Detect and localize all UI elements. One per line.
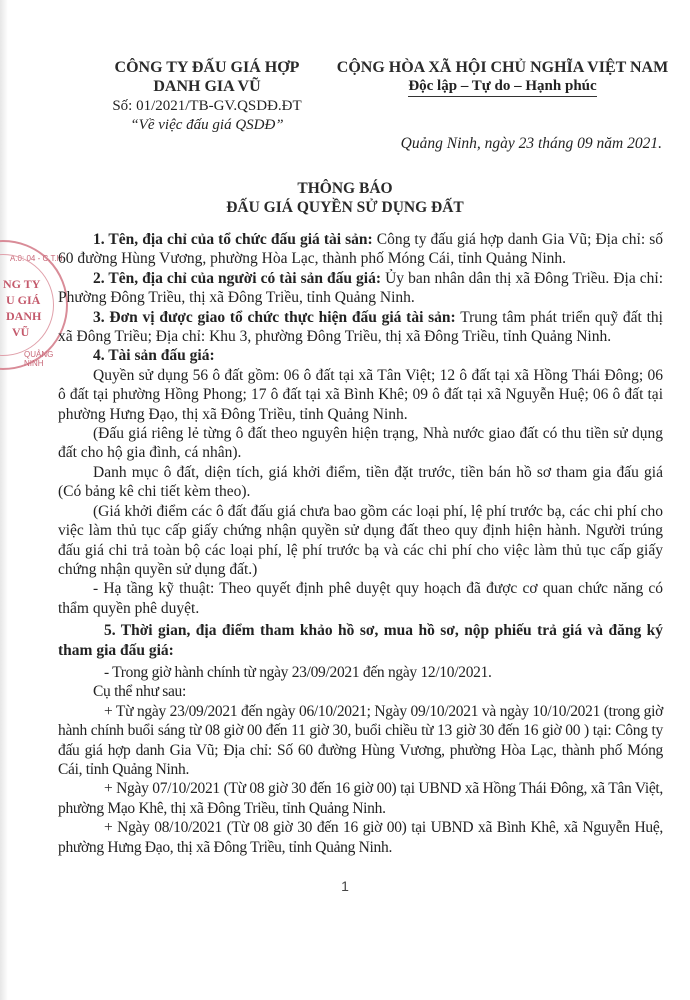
section-4-paragraph-4: (Giá khởi điểm các ô đất đấu giá chưa ba… <box>58 502 663 580</box>
section-5-paragraph-5: + Ngày 08/10/2021 (Từ 08 giờ 30 đến 16 g… <box>58 818 663 857</box>
national-title: CỘNG HÒA XÃ HỘI CHỦ NGHĨA VIỆT NAM <box>330 58 675 77</box>
national-header: CỘNG HÒA XÃ HỘI CHỦ NGHĨA VIỆT NAM Độc l… <box>330 58 675 97</box>
notice-body: 1. Tên, địa chỉ của tổ chức đấu giá tài … <box>58 230 663 857</box>
section-3: 3. Đơn vị được giao tổ chức thực hiện đấ… <box>58 308 663 347</box>
issuer-name-line2: DANH GIA VŨ <box>62 77 352 96</box>
title-line1: THÔNG BÁO <box>0 179 690 198</box>
section-2: 2. Tên, địa chỉ của người có tài sản đấu… <box>58 269 663 308</box>
section-2-label: 2. Tên, địa chỉ của người có tài sản đấu… <box>93 270 381 287</box>
stamp-text-line3: DANH <box>6 308 41 324</box>
section-4-label: 4. Tài sản đấu giá: <box>93 347 215 364</box>
section-1: 1. Tên, địa chỉ của tổ chức đấu giá tài … <box>58 230 663 269</box>
page-number: 1 <box>0 878 690 894</box>
stamp-text-line4: VŨ <box>12 324 29 340</box>
title-line2: ĐẤU GIÁ QUYỀN SỬ DỤNG ĐẤT <box>0 198 690 217</box>
document-title: THÔNG BÁO ĐẤU GIÁ QUYỀN SỬ DỤNG ĐẤT <box>0 179 690 217</box>
section-4-paragraph-3: Danh mục ô đất, diện tích, giá khởi điểm… <box>58 463 663 502</box>
issuer-header: CÔNG TY ĐẤU GIÁ HỢP DANH GIA VŨ Số: 01/2… <box>62 58 352 135</box>
document-subject: “Về việc đấu giá QSDĐ” <box>62 116 352 135</box>
page-edge-shadow <box>0 0 8 1000</box>
section-5-paragraph-4: + Ngày 07/10/2021 (Từ 08 giờ 30 đến 16 g… <box>58 779 663 818</box>
stamp-text-line2: U GIÁ <box>6 292 40 308</box>
section-5-paragraph-2: Cụ thể như sau: <box>58 682 663 701</box>
section-5-label: 5. Thời gian, địa điểm tham khảo hồ sơ, … <box>58 621 663 660</box>
section-3-label: 3. Đơn vị được giao tổ chức thực hiện đấ… <box>93 309 456 326</box>
section-4-paragraph-2: (Đấu giá riêng lẻ từng ô đất theo nguyên… <box>58 424 663 463</box>
section-1-label: 1. Tên, địa chỉ của tổ chức đấu giá tài … <box>93 231 373 248</box>
section-5-paragraph-3: + Từ ngày 23/09/2021 đến ngày 06/10/2021… <box>58 702 663 780</box>
issuer-name-line1: CÔNG TY ĐẤU GIÁ HỢP <box>62 58 352 77</box>
section-5-paragraph-1: - Trong giờ hành chính từ ngày 23/09/202… <box>58 663 663 682</box>
date-line: Quảng Ninh, ngày 23 tháng 09 năm 2021. <box>401 135 662 153</box>
stamp-ring-top-text: A.0: 04 - C.T.H <box>10 254 62 263</box>
section-4-paragraph-5: - Hạ tầng kỹ thuật: Theo quyết định phê … <box>58 579 663 618</box>
section-4: 4. Tài sản đấu giá: <box>58 346 663 365</box>
national-motto: Độc lập – Tự do – Hạnh phúc <box>408 77 596 97</box>
section-4-paragraph-1: Quyền sử dụng 56 ô đất gồm: 06 ô đất tại… <box>58 366 663 424</box>
stamp-text-line1: NG TY <box>3 276 40 292</box>
document-number: Số: 01/2021/TB-GV.QSDĐ.ĐT <box>62 97 352 116</box>
